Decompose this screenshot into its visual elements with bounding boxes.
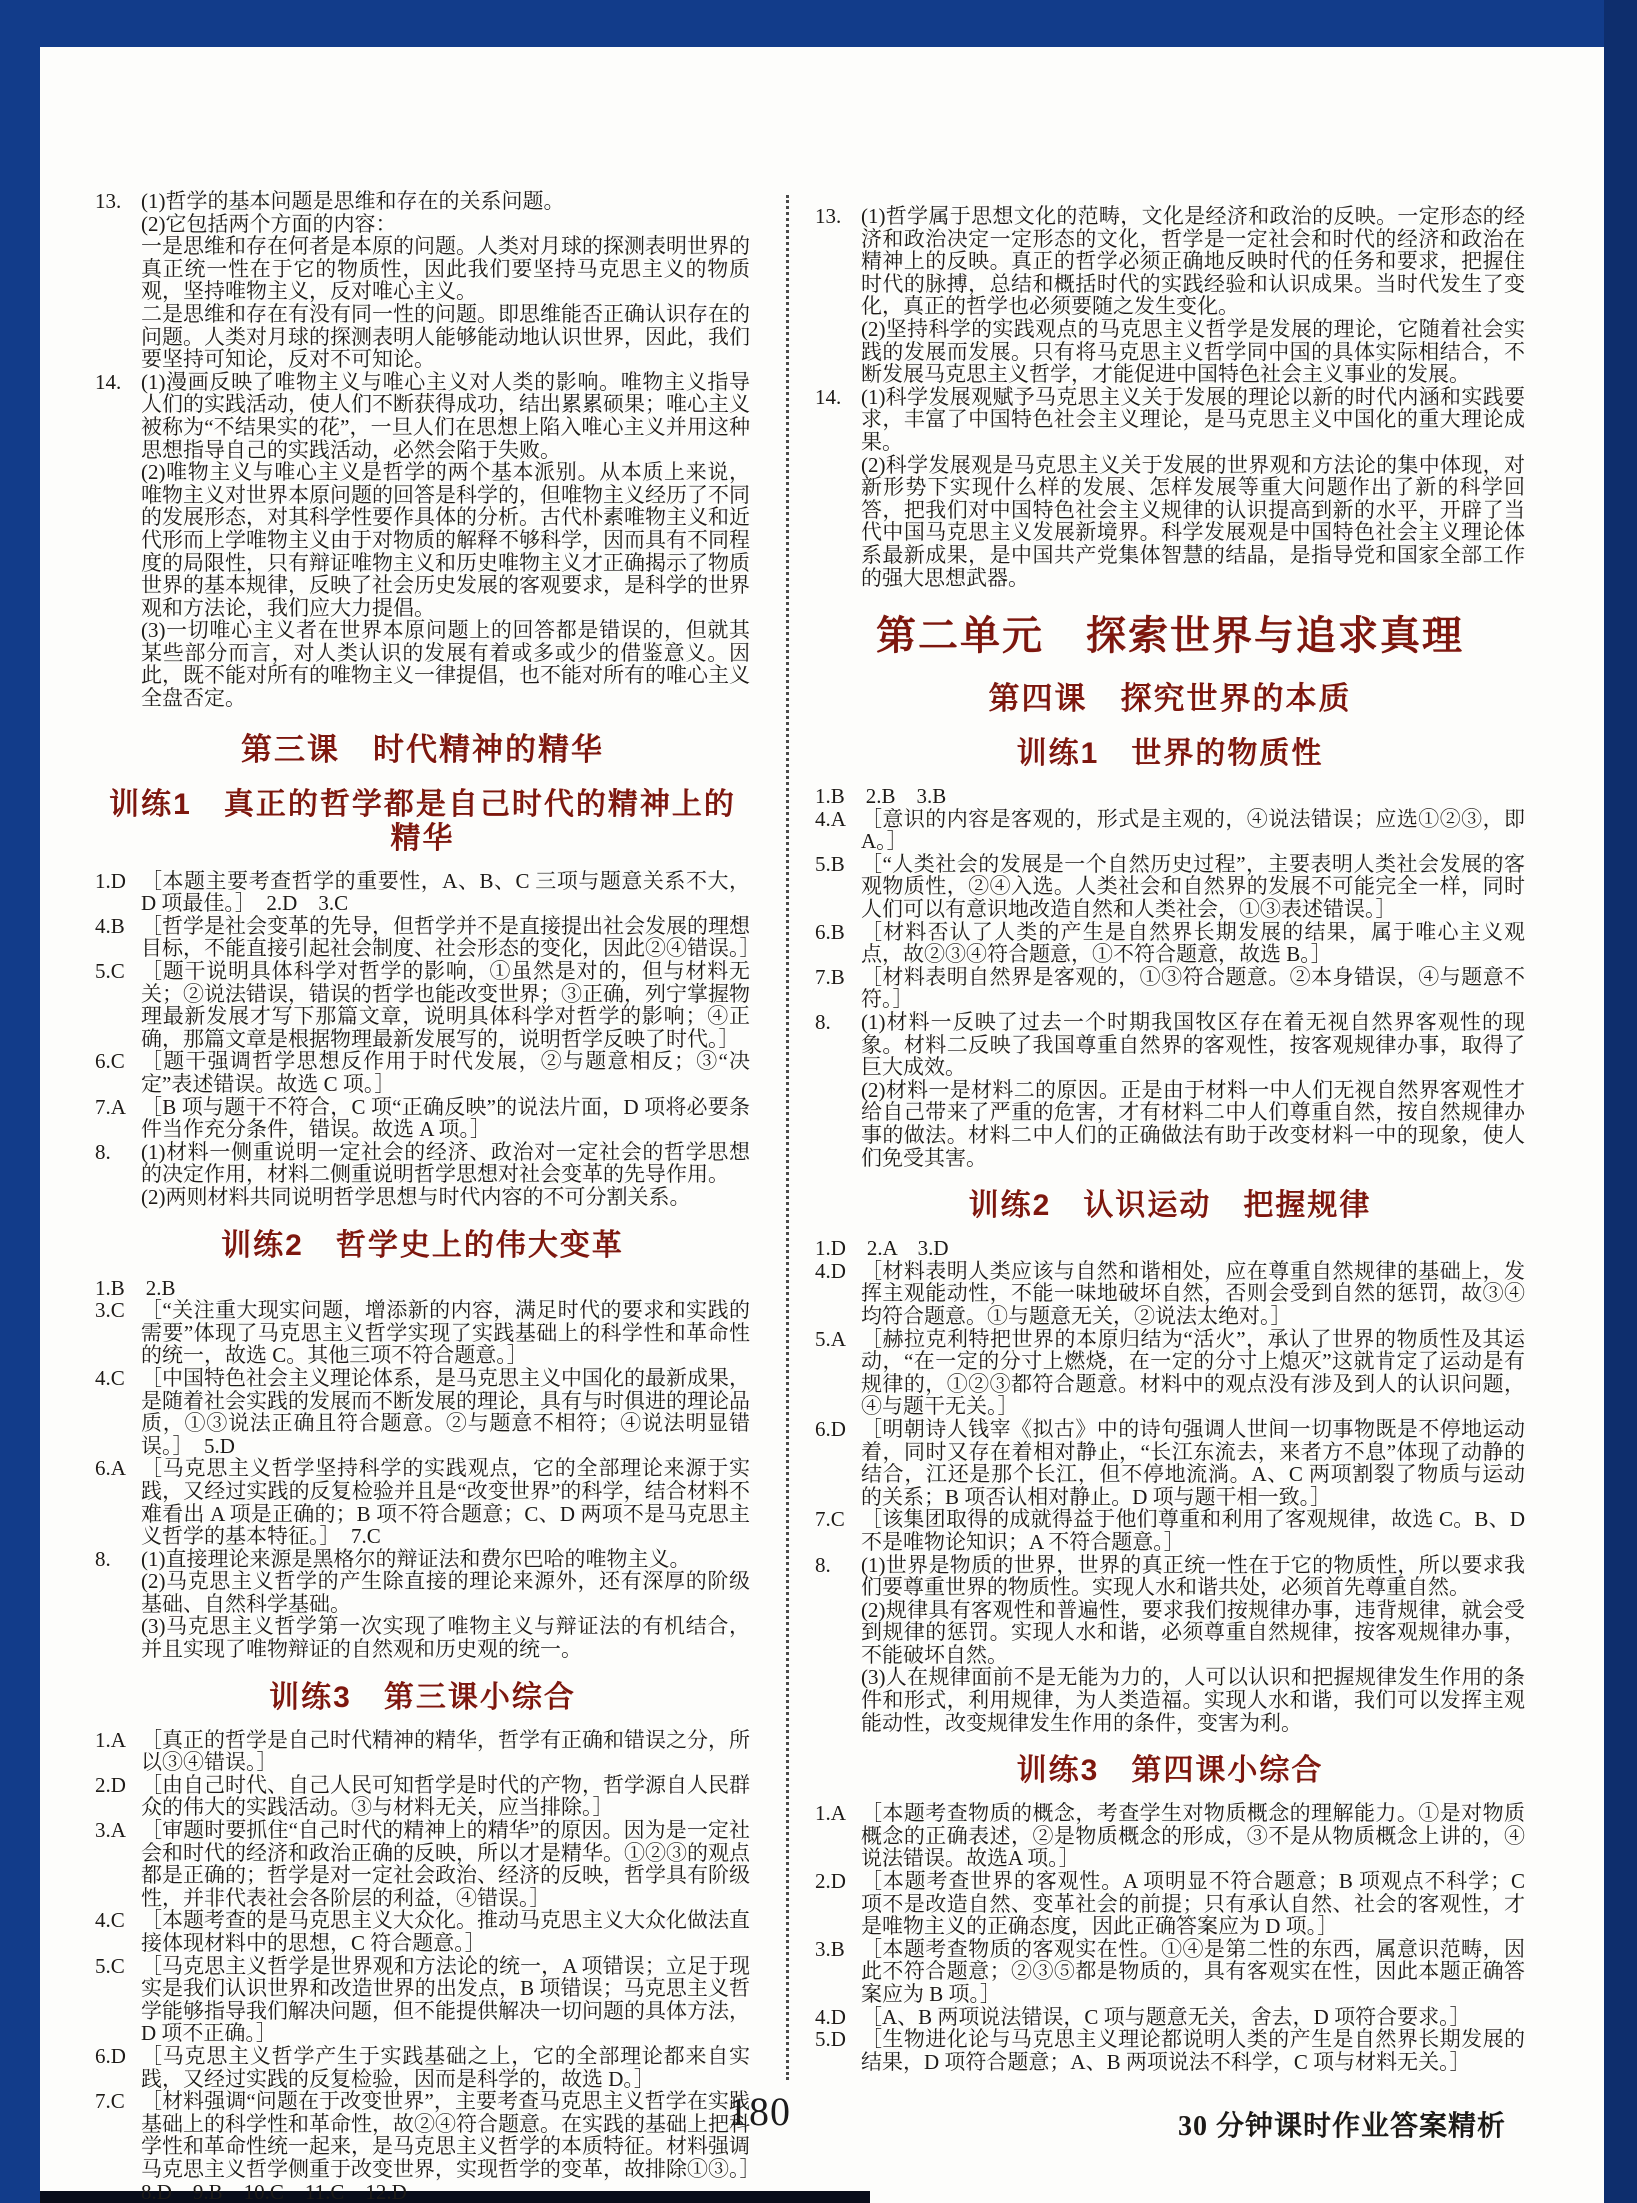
- answer-item: 8.(1)材料一反映了过去一个时期我国牧区存在着无视自然界客观性的现象。材料二反…: [815, 1011, 1525, 1079]
- item-text: ［A、B 两项说法错误，C 项与题意无关，舍去，D 项符合要求。］: [861, 2005, 1471, 2029]
- item-text: (1)材料一侧重说明一定社会的经济、政治对一定社会的哲学思想的决定作用，材料二侧…: [141, 1140, 750, 1187]
- item-number: 5.C: [95, 960, 125, 983]
- item-text: (1)材料一反映了过去一个时期我国牧区存在着无视自然界客观性的现象。材料二反映了…: [861, 1010, 1525, 1079]
- answer-item: 4.B［哲学是社会变革的先导，但哲学并不是直接提出社会发展的理想目标，不能直接引…: [95, 915, 750, 960]
- scanned-workbook-page: { "meta": { "frame_blue": "#123c8a", "fr…: [0, 0, 1637, 2203]
- answer-item: 2.D［本题考查世界的客观性。A 项明显不符合题意；B 项观点不科学；C 项不是…: [815, 1870, 1525, 1938]
- item-text: ［本题考查物质的概念，考查学生对物质概念的理解能力。①是对物质概念的正确表述，②…: [861, 1801, 1525, 1870]
- item-text: ［马克思主义哲学坚持科学的实践观点，它的全部理论来源于实践，又经过实践的反复检验…: [141, 1456, 750, 1548]
- item-text: (2)两则材料共同说明哲学思想与时代内容的不可分割关系。: [141, 1185, 690, 1209]
- item-text: ［题干说明具体科学对哲学的影响，①虽然是对的，但与材料无关；②说法错误，错误的哲…: [141, 959, 750, 1051]
- item-number: 2.D: [815, 1870, 846, 1893]
- answer-line: 1.B 2.B: [95, 1277, 750, 1300]
- answer-item: 5.B［“人类社会的发展是一个自然历史过程”，主要表明人类社会发展的客观物质性，…: [815, 853, 1525, 921]
- item-text: 1.B 2.B: [95, 1276, 176, 1300]
- item-number: 7.C: [95, 2090, 125, 2113]
- answer-item: (2)马克思主义哲学的产生除直接的理论来源外，还有深厚的阶级基础、自然科学基础。: [95, 1570, 750, 1615]
- item-number: 5.A: [815, 1328, 846, 1351]
- answer-item: 4.A［意识的内容是客观的，形式是主观的，④说法错误；应选①②③，即 A。］: [815, 808, 1525, 853]
- answer-item: 7.A［B 项与题干不符合，C 项“正确反映”的说法片面，D 项将必要条件当作充…: [95, 1096, 750, 1141]
- item-number: 5.D: [815, 2028, 846, 2051]
- answer-item: 6.D［马克思主义哲学产生于实践基础之上，它的全部理论都来自实践，又经过实践的反…: [95, 2045, 750, 2090]
- training-header: 训练1 真正的哲学都是自己时代的精神上的精华: [95, 788, 750, 856]
- answer-item: 4.C［本题考查的是马克思主义大众化。推动马克思主义大众化做法直接体现材料中的思…: [95, 1909, 750, 1954]
- item-text: (3)马克思主义哲学第一次实现了唯物主义与辩证法的有机结合，并且实现了唯物辩证的…: [141, 1614, 750, 1661]
- item-text: ［哲学是社会变革的先导，但哲学并不是直接提出社会发展的理想目标，不能直接引起社会…: [141, 914, 761, 961]
- answer-item: 4.D［材料表明人类应该与自然和谐相处，应在尊重自然规律的基础上，发挥主观能动性…: [815, 1260, 1525, 1328]
- answer-item: 13.(1)哲学属于思想文化的范畴，文化是经济和政治的反映。一定形态的经济和政治…: [815, 205, 1525, 318]
- item-text: ［马克思主义哲学产生于实践基础之上，它的全部理论都来自实践，又经过实践的反复检验…: [141, 2044, 750, 2091]
- answer-item: 6.B［材料否认了人类的产生是自然界长期发展的结果，属于唯心主义观点，故②③④符…: [815, 921, 1525, 966]
- item-number: 1.D: [95, 870, 126, 893]
- answer-item: 一是思维和存在何者是本原的问题。人类对月球的探测表明世界的真正统一性在于它的物质…: [95, 235, 750, 303]
- answer-item: (2)两则材料共同说明哲学思想与时代内容的不可分割关系。: [95, 1186, 750, 1209]
- item-number: 13.: [815, 205, 841, 228]
- item-text: 一是思维和存在何者是本原的问题。人类对月球的探测表明世界的真正统一性在于它的物质…: [141, 234, 750, 303]
- item-number: 6.A: [95, 1457, 126, 1480]
- item-number: 14.: [95, 371, 121, 394]
- item-text: 1.D 2.A 3.D: [815, 1236, 949, 1260]
- item-number: 4.D: [815, 2006, 846, 2029]
- item-text: ［题干强调哲学思想反作用于时代发展，②与题意相反；③“决定”表述错误。故选 C …: [141, 1049, 750, 1096]
- item-number: 3.C: [95, 1299, 125, 1322]
- answer-item: 4.D［A、B 两项说法错误，C 项与题意无关，舍去，D 项符合要求。］: [815, 2006, 1525, 2029]
- item-number: 4.C: [95, 1367, 125, 1390]
- item-text: ［审题时要抓住“自己时代的精神上的精华”的原因。因为是一定社会和时代的经济和政治…: [141, 1818, 750, 1910]
- right-column: 13.(1)哲学属于思想文化的范畴，文化是经济和政治的反映。一定形态的经济和政治…: [815, 205, 1525, 2073]
- item-text: (1)漫画反映了唯物主义与唯心主义对人类的影响。唯物主义指导人们的实践活动，使人…: [141, 370, 750, 462]
- item-text: (2)科学发展观是马克思主义关于发展的世界观和方法论的集中体现，对新形势下实现什…: [861, 453, 1525, 590]
- item-text: ［本题主要考查哲学的重要性，A、B、C 三项与题意关系不大，D 项最佳。］ 2.…: [141, 869, 750, 916]
- item-number: 13.: [95, 190, 121, 213]
- course-header: 第三课 时代精神的精华: [95, 732, 750, 768]
- item-text: ［本题考查世界的客观性。A 项明显不符合题意；B 项观点不科学；C 项不是改造自…: [861, 1869, 1525, 1938]
- answer-item: 3.A［审题时要抓住“自己时代的精神上的精华”的原因。因为是一定社会和时代的经济…: [95, 1819, 750, 1909]
- item-text: ［材料强调“问题在于改变世界”，主要考查马克思主义哲学在实践基础上的科学性和革命…: [141, 2089, 771, 2203]
- answer-item: (3)一切唯心主义者在世界本原问题上的回答都是错误的，但就其某些部分而言，对人类…: [95, 619, 750, 709]
- item-text: (1)哲学的基本问题是思维和存在的关系问题。: [141, 189, 565, 213]
- item-text: ［马克思主义哲学是世界观和方法论的统一，A 项错误；立足于现实是我们认识世界和改…: [141, 1954, 750, 2046]
- item-number: 6.D: [95, 2045, 126, 2068]
- item-number: 1.A: [95, 1729, 126, 1752]
- answer-item: 7.C［材料强调“问题在于改变世界”，主要考查马克思主义哲学在实践基础上的科学性…: [95, 2090, 750, 2203]
- answer-item: 6.C［题干强调哲学思想反作用于时代发展，②与题意相反；③“决定”表述错误。故选…: [95, 1050, 750, 1095]
- item-number: 4.D: [815, 1260, 846, 1283]
- item-text: ［真正的哲学是自己时代精神的精华，哲学有正确和错误之分，所以③④错误。］: [141, 1728, 750, 1775]
- answer-item: (2)规律具有客观性和普遍性，要求我们按规律办事，违背规律，就会受到规律的惩罚。…: [815, 1599, 1525, 1667]
- item-number: 6.C: [95, 1050, 125, 1073]
- answer-item: 1.A［本题考查物质的概念，考查学生对物质概念的理解能力。①是对物质概念的正确表…: [815, 1802, 1525, 1870]
- answer-item: 14.(1)科学发展观赋予马克思主义关于发展的理论以新的时代内涵和实践要求，丰富…: [815, 386, 1525, 454]
- training-header: 训练2 哲学史上的伟大变革: [95, 1229, 750, 1263]
- answer-item: 3.B［本题考查物质的客观实在性。①④是第二性的东西，属意识范畴，因此不符合题意…: [815, 1938, 1525, 2006]
- item-text: (2)材料一是材料二的原因。正是由于材料一中人们无视自然界客观性才给自己带来了严…: [861, 1078, 1525, 1170]
- book-imprint-footer: 30 分钟课时作业答案精析: [1178, 2104, 1506, 2144]
- answer-item: 8.(1)材料一侧重说明一定社会的经济、政治对一定社会的哲学思想的决定作用，材料…: [95, 1141, 750, 1186]
- item-number: 6.B: [815, 921, 845, 944]
- book-frame-left: [0, 0, 40, 2203]
- answer-item: 6.D［明朝诗人钱宰《拟古》中的诗句强调人世间一切事物既是不停地运动着，同时又存…: [815, 1418, 1525, 1508]
- answer-item: 5.C［马克思主义哲学是世界观和方法论的统一，A 项错误；立足于现实是我们认识世…: [95, 1955, 750, 2045]
- item-number: 4.A: [815, 808, 846, 831]
- answer-item: 7.B［材料表明自然界是客观的，①③符合题意。②本身错误，④与题意不符。］: [815, 966, 1525, 1011]
- book-frame-top: [0, 0, 1637, 47]
- item-text: ［中国特色社会主义理论体系，是马克思主义中国化的最新成果，是随着社会实践的发展而…: [141, 1366, 750, 1458]
- item-text: ［材料表明自然界是客观的，①③符合题意。②本身错误，④与题意不符。］: [861, 965, 1525, 1012]
- item-number: 7.C: [815, 1508, 845, 1531]
- item-number: 5.B: [815, 853, 845, 876]
- answer-item: 1.D［本题主要考查哲学的重要性，A、B、C 三项与题意关系不大，D 项最佳。］…: [95, 870, 750, 915]
- answer-item: 13.(1)哲学的基本问题是思维和存在的关系问题。: [95, 190, 750, 213]
- answer-item: 2.D［由自己时代、自己人民可知哲学是时代的产物，哲学源自人民群众的伟大的实践活…: [95, 1774, 750, 1819]
- item-number: 8.: [815, 1011, 831, 1034]
- answer-item: 8.(1)直接理论来源是黑格尔的辩证法和费尔巴哈的唯物主义。: [95, 1548, 750, 1571]
- unit-header: 第二单元 探索世界与追求真理: [815, 613, 1525, 659]
- item-text: (2)规律具有客观性和普遍性，要求我们按规律办事，违背规律，就会受到规律的惩罚。…: [861, 1598, 1525, 1667]
- item-text: (1)哲学属于思想文化的范畴，文化是经济和政治的反映。一定形态的经济和政治决定一…: [861, 204, 1525, 318]
- answer-item: 4.C［中国特色社会主义理论体系，是马克思主义中国化的最新成果，是随着社会实践的…: [95, 1367, 750, 1457]
- answer-item: 1.A［真正的哲学是自己时代精神的精华，哲学有正确和错误之分，所以③④错误。］: [95, 1729, 750, 1774]
- item-text: ［材料表明人类应该与自然和谐相处，应在尊重自然规律的基础上，发挥主观能动性，不能…: [861, 1259, 1525, 1328]
- item-text: 1.B 2.B 3.B: [815, 784, 946, 808]
- answer-item: (3)人在规律面前不是无能为力的，人可以认识和把握规律发生作用的条件和形式，利用…: [815, 1666, 1525, 1734]
- book-frame-right: [1604, 0, 1637, 2203]
- answer-line: 1.D 2.A 3.D: [815, 1237, 1525, 1260]
- answer-item: 二是思维和存在有没有同一性的问题。即思维能否正确认识存在的问题。人类对月球的探测…: [95, 303, 750, 371]
- answer-item: 14.(1)漫画反映了唯物主义与唯心主义对人类的影响。唯物主义指导人们的实践活动…: [95, 371, 750, 461]
- answer-item: 6.A［马克思主义哲学坚持科学的实践观点，它的全部理论来源于实践，又经过实践的反…: [95, 1457, 750, 1547]
- answer-item: 5.D［生物进化论与马克思主义理论都说明人类的产生是自然界长期发展的结果，D 项…: [815, 2028, 1525, 2073]
- item-number: 5.C: [95, 1955, 125, 1978]
- item-number: 6.D: [815, 1418, 846, 1441]
- item-text: ［该集团取得的成就得益于他们尊重和利用了客观规律，故选 C。B、D 不是唯物论知…: [861, 1507, 1525, 1554]
- item-number: 4.B: [95, 915, 125, 938]
- item-number: 3.A: [95, 1819, 126, 1842]
- column-divider-dotted: [786, 195, 789, 2080]
- answer-item: (3)马克思主义哲学第一次实现了唯物主义与辩证法的有机结合，并且实现了唯物辩证的…: [95, 1615, 750, 1660]
- item-text: ［明朝诗人钱宰《拟古》中的诗句强调人世间一切事物既是不停地运动着，同时又存在着相…: [861, 1417, 1525, 1509]
- item-text: (1)世界是物质的世界，世界的真正统一性在于它的物质性，所以要求我们要尊重世界的…: [861, 1553, 1525, 1600]
- training-header: 训练3 第四课小综合: [815, 1754, 1525, 1788]
- answer-item: (2)它包括两个方面的内容：: [95, 213, 750, 236]
- item-text: (1)科学发展观赋予马克思主义关于发展的理论以新的时代内涵和实践要求，丰富了中国…: [861, 385, 1525, 454]
- item-number: 8.: [815, 1554, 831, 1577]
- item-text: ［本题考查的是马克思主义大众化。推动马克思主义大众化做法直接体现材料中的思想，C…: [141, 1908, 750, 1955]
- answer-item: 3.C［“关注重大现实问题，增添新的内容，满足时代的要求和实践的需要”体现了马克…: [95, 1299, 750, 1367]
- answer-item: 5.A［赫拉克利特把世界的本原归结为“活火”，承认了世界的物质性及其运动，“在一…: [815, 1328, 1525, 1418]
- item-text: (2)唯物主义与唯心主义是哲学的两个基本派别。从本质上来说，唯物主义对世界本原问…: [141, 460, 750, 620]
- item-text: 二是思维和存在有没有同一性的问题。即思维能否正确认识存在的问题。人类对月球的探测…: [141, 302, 750, 371]
- answer-item: 5.C［题干说明具体科学对哲学的影响，①虽然是对的，但与材料无关；②说法错误，错…: [95, 960, 750, 1050]
- item-text: ［赫拉克利特把世界的本原归结为“活火”，承认了世界的物质性及其运动，“在一定的分…: [861, 1327, 1525, 1419]
- item-text: ［本题考查物质的客观实在性。①④是第二性的东西，属意识范畴，因此不符合题意；②③…: [861, 1937, 1525, 2006]
- item-text: (1)直接理论来源是黑格尔的辩证法和费尔巴哈的唯物主义。: [141, 1547, 690, 1571]
- answer-item: (2)唯物主义与唯心主义是哲学的两个基本派别。从本质上来说，唯物主义对世界本原问…: [95, 461, 750, 619]
- item-text: ［“人类社会的发展是一个自然历史过程”，主要表明人类社会发展的客观物质性，②④入…: [861, 852, 1525, 921]
- item-number: 2.D: [95, 1774, 126, 1797]
- item-number: 7.A: [95, 1096, 126, 1119]
- course-header: 第四课 探究世界的本质: [815, 681, 1525, 717]
- item-text: ［B 项与题干不符合，C 项“正确反映”的说法片面，D 项将必要条件当作充分条件…: [141, 1095, 750, 1142]
- item-text: (2)马克思主义哲学的产生除直接的理论来源外，还有深厚的阶级基础、自然科学基础。: [141, 1569, 750, 1616]
- answer-item: 8.(1)世界是物质的世界，世界的真正统一性在于它的物质性，所以要求我们要尊重世…: [815, 1554, 1525, 1599]
- item-number: 8.: [95, 1548, 111, 1571]
- item-text: ［材料否认了人类的产生是自然界长期发展的结果，属于唯心主义观点，故②③④符合题意…: [861, 920, 1525, 967]
- item-text: ［“关注重大现实问题，增添新的内容，满足时代的要求和实践的需要”体现了马克思主义…: [141, 1298, 750, 1367]
- item-number: 4.C: [95, 1909, 125, 1932]
- training-header: 训练1 世界的物质性: [815, 737, 1525, 771]
- item-number: 14.: [815, 386, 841, 409]
- left-column: 13.(1)哲学的基本问题是思维和存在的关系问题。(2)它包括两个方面的内容：一…: [95, 190, 750, 2203]
- answer-item: (2)科学发展观是马克思主义关于发展的世界观和方法论的集中体现，对新形势下实现什…: [815, 454, 1525, 590]
- item-number: 3.B: [815, 1938, 845, 1961]
- item-number: 1.A: [815, 1802, 846, 1825]
- item-number: 7.B: [815, 966, 845, 989]
- item-number: 8.: [95, 1141, 111, 1164]
- item-text: (3)一切唯心主义者在世界本原问题上的回答都是错误的，但就其某些部分而言，对人类…: [141, 618, 750, 710]
- answer-line: 1.B 2.B 3.B: [815, 785, 1525, 808]
- item-text: (3)人在规律面前不是无能为力的，人可以认识和把握规律发生作用的条件和形式，利用…: [861, 1665, 1525, 1734]
- answer-item: (2)材料一是材料二的原因。正是由于材料一中人们无视自然界客观性才给自己带来了严…: [815, 1079, 1525, 1169]
- item-text: (2)它包括两个方面的内容：: [141, 212, 397, 236]
- item-text: ［生物进化论与马克思主义理论都说明人类的产生是自然界长期发展的结果，D 项符合题…: [861, 2027, 1525, 2074]
- page-number: 180: [728, 2088, 791, 2135]
- answer-item: 7.C［该集团取得的成就得益于他们尊重和利用了客观规律，故选 C。B、D 不是唯…: [815, 1508, 1525, 1553]
- training-header: 训练2 认识运动 把握规律: [815, 1189, 1525, 1223]
- training-header: 训练3 第三课小综合: [95, 1681, 750, 1715]
- item-text: ［由自己时代、自己人民可知哲学是时代的产物，哲学源自人民群众的伟大的实践活动。③…: [141, 1773, 750, 1820]
- answer-item: (2)坚持科学的实践观点的马克思主义哲学是发展的理论，它随着社会实践的发展而发展…: [815, 318, 1525, 386]
- item-text: ［意识的内容是客观的，形式是主观的，④说法错误；应选①②③，即 A。］: [861, 807, 1525, 854]
- item-text: (2)坚持科学的实践观点的马克思主义哲学是发展的理论，它随着社会实践的发展而发展…: [861, 317, 1525, 386]
